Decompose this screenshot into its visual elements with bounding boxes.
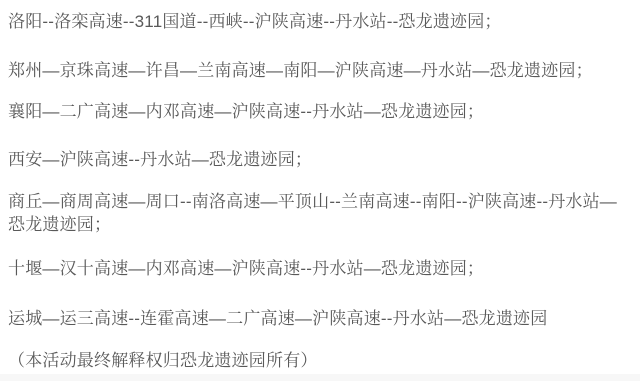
route-line-zhengzhou: 郑州—京珠高速—许昌—兰南高速—南阳—沪陕高速—丹水站—恐龙遗迹园； (8, 59, 634, 82)
route-line-xian: 西安—沪陕高速--丹水站—恐龙遗迹园； (8, 148, 634, 171)
route-line-xiangyang: 襄阳—二广高速—内邓高速—沪陕高速--丹水站—恐龙遗迹园； (8, 100, 634, 123)
route-line-shiyan: 十堰—汉十高速—内邓高速—沪陕高速--丹水站—恐龙遗迹园； (8, 257, 634, 280)
route-line-shangqiu: 商丘—商周高速—周口--南洛高速—平顶山--兰南高速--南阳--沪陕高速--丹水… (8, 190, 634, 236)
route-line-luoyang: 洛阳--洛栾高速--311国道--西峡--沪陕高速--丹水站--恐龙遗迹园； (8, 10, 634, 33)
footnote: （本活动最终解释权归恐龙遗迹园所有） (8, 349, 634, 372)
bottom-strip (0, 374, 640, 381)
route-line-yuncheng: 运城—运三高速--连霍高速—二广高速—沪陕高速--丹水站—恐龙遗迹园 (8, 307, 634, 330)
article-body: 洛阳--洛栾高速--311国道--西峡--沪陕高速--丹水站--恐龙遗迹园； 郑… (0, 0, 640, 372)
